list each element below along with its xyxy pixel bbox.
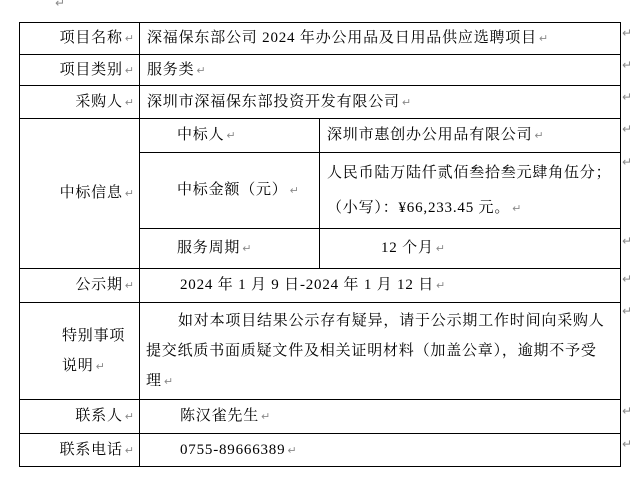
notes-line3: 理↵	[140, 366, 620, 397]
label-service-period: 服务周期↵	[140, 229, 320, 269]
row-end-mark: ↵	[622, 437, 632, 451]
row-end-mark: ↵	[622, 404, 632, 418]
label-text: 联系电话	[60, 442, 123, 458]
label-text-line2: 说明↵	[62, 351, 139, 382]
label-text: 中标金额（元）	[177, 182, 288, 198]
value-project-name: 深福保东部公司 2024 年办公用品及日用品供应选聘项目↵	[140, 23, 621, 55]
value-project-category: 服务类↵	[140, 55, 621, 86]
label-text: 服务周期	[177, 240, 240, 256]
label-special-notes: 特别事项 说明↵	[20, 303, 140, 400]
label-contact-person: 联系人↵	[20, 400, 140, 434]
paragraph-mark: ↵	[287, 444, 296, 457]
label-text: 项目类别	[60, 62, 123, 78]
label-text: 采购人	[75, 94, 122, 110]
table-row: 联系电话↵ 0755-89666389↵	[20, 434, 621, 467]
notes-line2: 提交纸质书面质疑文件及相关证明材料（加盖公章），逾期不予受	[140, 336, 620, 366]
label-contact-phone: 联系电话↵	[20, 434, 140, 467]
label-bid-winner: 中标人↵	[140, 119, 320, 153]
label-purchaser: 采购人↵	[20, 86, 140, 119]
label-text: 特别事项	[62, 321, 139, 351]
announcement-table: 项目名称↵ 深福保东部公司 2024 年办公用品及日用品供应选聘项目↵ 项目类别…	[19, 22, 621, 467]
label-text: 项目名称	[60, 30, 123, 46]
paragraph-mark: ↵	[534, 129, 543, 142]
notes-line1: 如对本项目结果公示存有疑异，请于公示期工作时间向采购人	[140, 306, 620, 336]
label-project-name: 项目名称↵	[20, 23, 140, 55]
paragraph-mark: ↵	[242, 242, 251, 255]
paragraph-mark: ↵	[125, 187, 134, 200]
value-bid-winner: 深圳市惠创办公用品有限公司↵	[320, 119, 621, 153]
value-contact-person: 陈汉雀先生↵	[140, 400, 621, 434]
paragraph-mark: ↵	[125, 410, 134, 423]
label-publicity-period: 公示期↵	[20, 269, 140, 303]
row-end-mark: ↵	[622, 58, 632, 72]
table-row: 特别事项 说明↵ 如对本项目结果公示存有疑异，请于公示期工作时间向采购人 提交纸…	[20, 303, 621, 400]
paragraph-mark: ↵	[436, 279, 445, 292]
paragraph-mark: ↵	[164, 375, 173, 388]
table-row: 联系人↵ 陈汉雀先生↵	[20, 400, 621, 434]
value-purchaser: 深圳市深福保东部投资开发有限公司↵	[140, 86, 621, 119]
value-text: 深圳市惠创办公用品有限公司	[327, 127, 532, 143]
value-text: 12 个月	[381, 240, 434, 256]
paragraph-mark: ↵	[402, 96, 411, 109]
paragraph-mark: ↵	[290, 184, 299, 197]
table-row: 采购人↵ 深圳市深福保东部投资开发有限公司↵	[20, 86, 621, 119]
paragraph-mark: ↵	[125, 64, 134, 77]
paragraph-mark: ↵	[125, 279, 134, 292]
row-end-mark: ↵	[622, 234, 632, 248]
paragraph-mark: ↵	[196, 64, 205, 77]
value-publicity-period: 2024 年 1 月 9 日-2024 年 1 月 12 日↵	[140, 269, 621, 303]
row-end-mark: ↵	[622, 304, 632, 318]
value-special-notes: 如对本项目结果公示存有疑异，请于公示期工作时间向采购人 提交纸质书面质疑文件及相…	[140, 303, 621, 400]
table-row: 项目类别↵ 服务类↵	[20, 55, 621, 86]
row-end-mark: ↵	[622, 26, 632, 40]
label-bid-info: 中标信息↵	[20, 119, 140, 269]
document-page: ↵ 项目名称↵ 深福保东部公司 2024 年办公用品及日用品供应选聘项目↵ 项目…	[0, 0, 644, 488]
paragraph-mark: ↵	[436, 242, 445, 255]
label-bid-amount: 中标金额（元）↵	[140, 153, 320, 229]
paragraph-mark: ↵	[261, 410, 270, 423]
paragraph-mark: ↵	[512, 202, 521, 215]
table-row: 项目名称↵ 深福保东部公司 2024 年办公用品及日用品供应选聘项目↵	[20, 23, 621, 55]
value-text: 0755-89666389	[180, 442, 285, 458]
amount-words: 人民币陆万陆仟贰佰叁拾叁元肆角伍分；	[320, 156, 620, 191]
amount-figures: （小写）：¥66,233.45 元。↵	[320, 191, 620, 226]
label-project-category: 项目类别↵	[20, 55, 140, 86]
label-text: 联系人	[75, 408, 122, 424]
value-contact-phone: 0755-89666389↵	[140, 434, 621, 467]
paragraph-mark: ↵	[125, 32, 134, 45]
label-text: 公示期	[75, 277, 122, 293]
row-end-mark: ↵	[622, 155, 632, 169]
row-end-mark: ↵	[622, 122, 632, 136]
value-text: 深福保东部公司 2024 年办公用品及日用品供应选聘项目	[147, 30, 537, 46]
value-text: 陈汉雀先生	[180, 408, 259, 424]
row-end-mark: ↵	[622, 90, 632, 104]
value-service-period: 12 个月↵	[320, 229, 621, 269]
label-text: 中标人	[177, 127, 224, 143]
value-bid-amount: 人民币陆万陆仟贰佰叁拾叁元肆角伍分； （小写）：¥66,233.45 元。↵	[320, 153, 621, 229]
table-row: 中标信息↵ 中标人↵ 深圳市惠创办公用品有限公司↵	[20, 119, 621, 153]
paragraph-mark: ↵	[96, 360, 105, 373]
table-row: 公示期↵ 2024 年 1 月 9 日-2024 年 1 月 12 日↵	[20, 269, 621, 303]
paragraph-mark: ↵	[539, 32, 548, 45]
value-text: 2024 年 1 月 9 日-2024 年 1 月 12 日	[180, 277, 434, 293]
row-end-mark: ↵	[622, 272, 632, 286]
paragraph-mark: ↵	[125, 444, 134, 457]
paragraph-mark: ↵	[226, 129, 235, 142]
paragraph-mark: ↵	[55, 0, 65, 10]
label-text: 中标信息	[60, 185, 123, 201]
value-text: 深圳市深福保东部投资开发有限公司	[147, 94, 400, 110]
paragraph-mark: ↵	[125, 96, 134, 109]
value-text: 服务类	[147, 62, 194, 78]
